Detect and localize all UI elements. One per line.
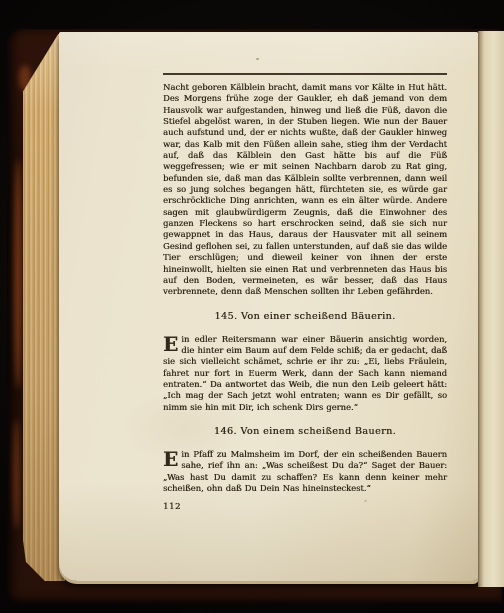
paper-speck <box>256 58 259 60</box>
section-heading-145: 145. Von einer scheißend Bäuerin. <box>163 310 447 324</box>
text-column: Nacht geboren Kälblein bracht, damit man… <box>163 73 447 514</box>
photo-background: Nacht geboren Kälblein bracht, damit man… <box>0 0 504 613</box>
book-page: Nacht geboren Kälblein bracht, damit man… <box>59 32 479 581</box>
paragraph-continuation: Nacht geboren Kälblein bracht, damit man… <box>163 82 447 298</box>
section-heading-146: 146. Von einem scheißend Bauern. <box>163 425 447 439</box>
page-number: 112 <box>163 502 447 513</box>
facing-page-edge <box>478 31 504 587</box>
drop-cap-initial: E <box>163 334 181 353</box>
section-146-body: Ein Pfaff zu Malmsheim im Dorf, der ein … <box>163 449 447 494</box>
section-145-body: Ein edler Reitersmann war einer Bäuerin … <box>163 334 447 413</box>
drop-cap-initial: E <box>163 449 181 468</box>
section-145-text: in edler Reitersmann war einer Bäuerin a… <box>163 334 447 412</box>
leather-sheen <box>14 159 22 389</box>
leather-sheen <box>13 419 20 529</box>
header-rule <box>163 73 447 75</box>
section-146-text: in Pfaff zu Malmsheim im Dorf, der ein s… <box>163 449 447 493</box>
